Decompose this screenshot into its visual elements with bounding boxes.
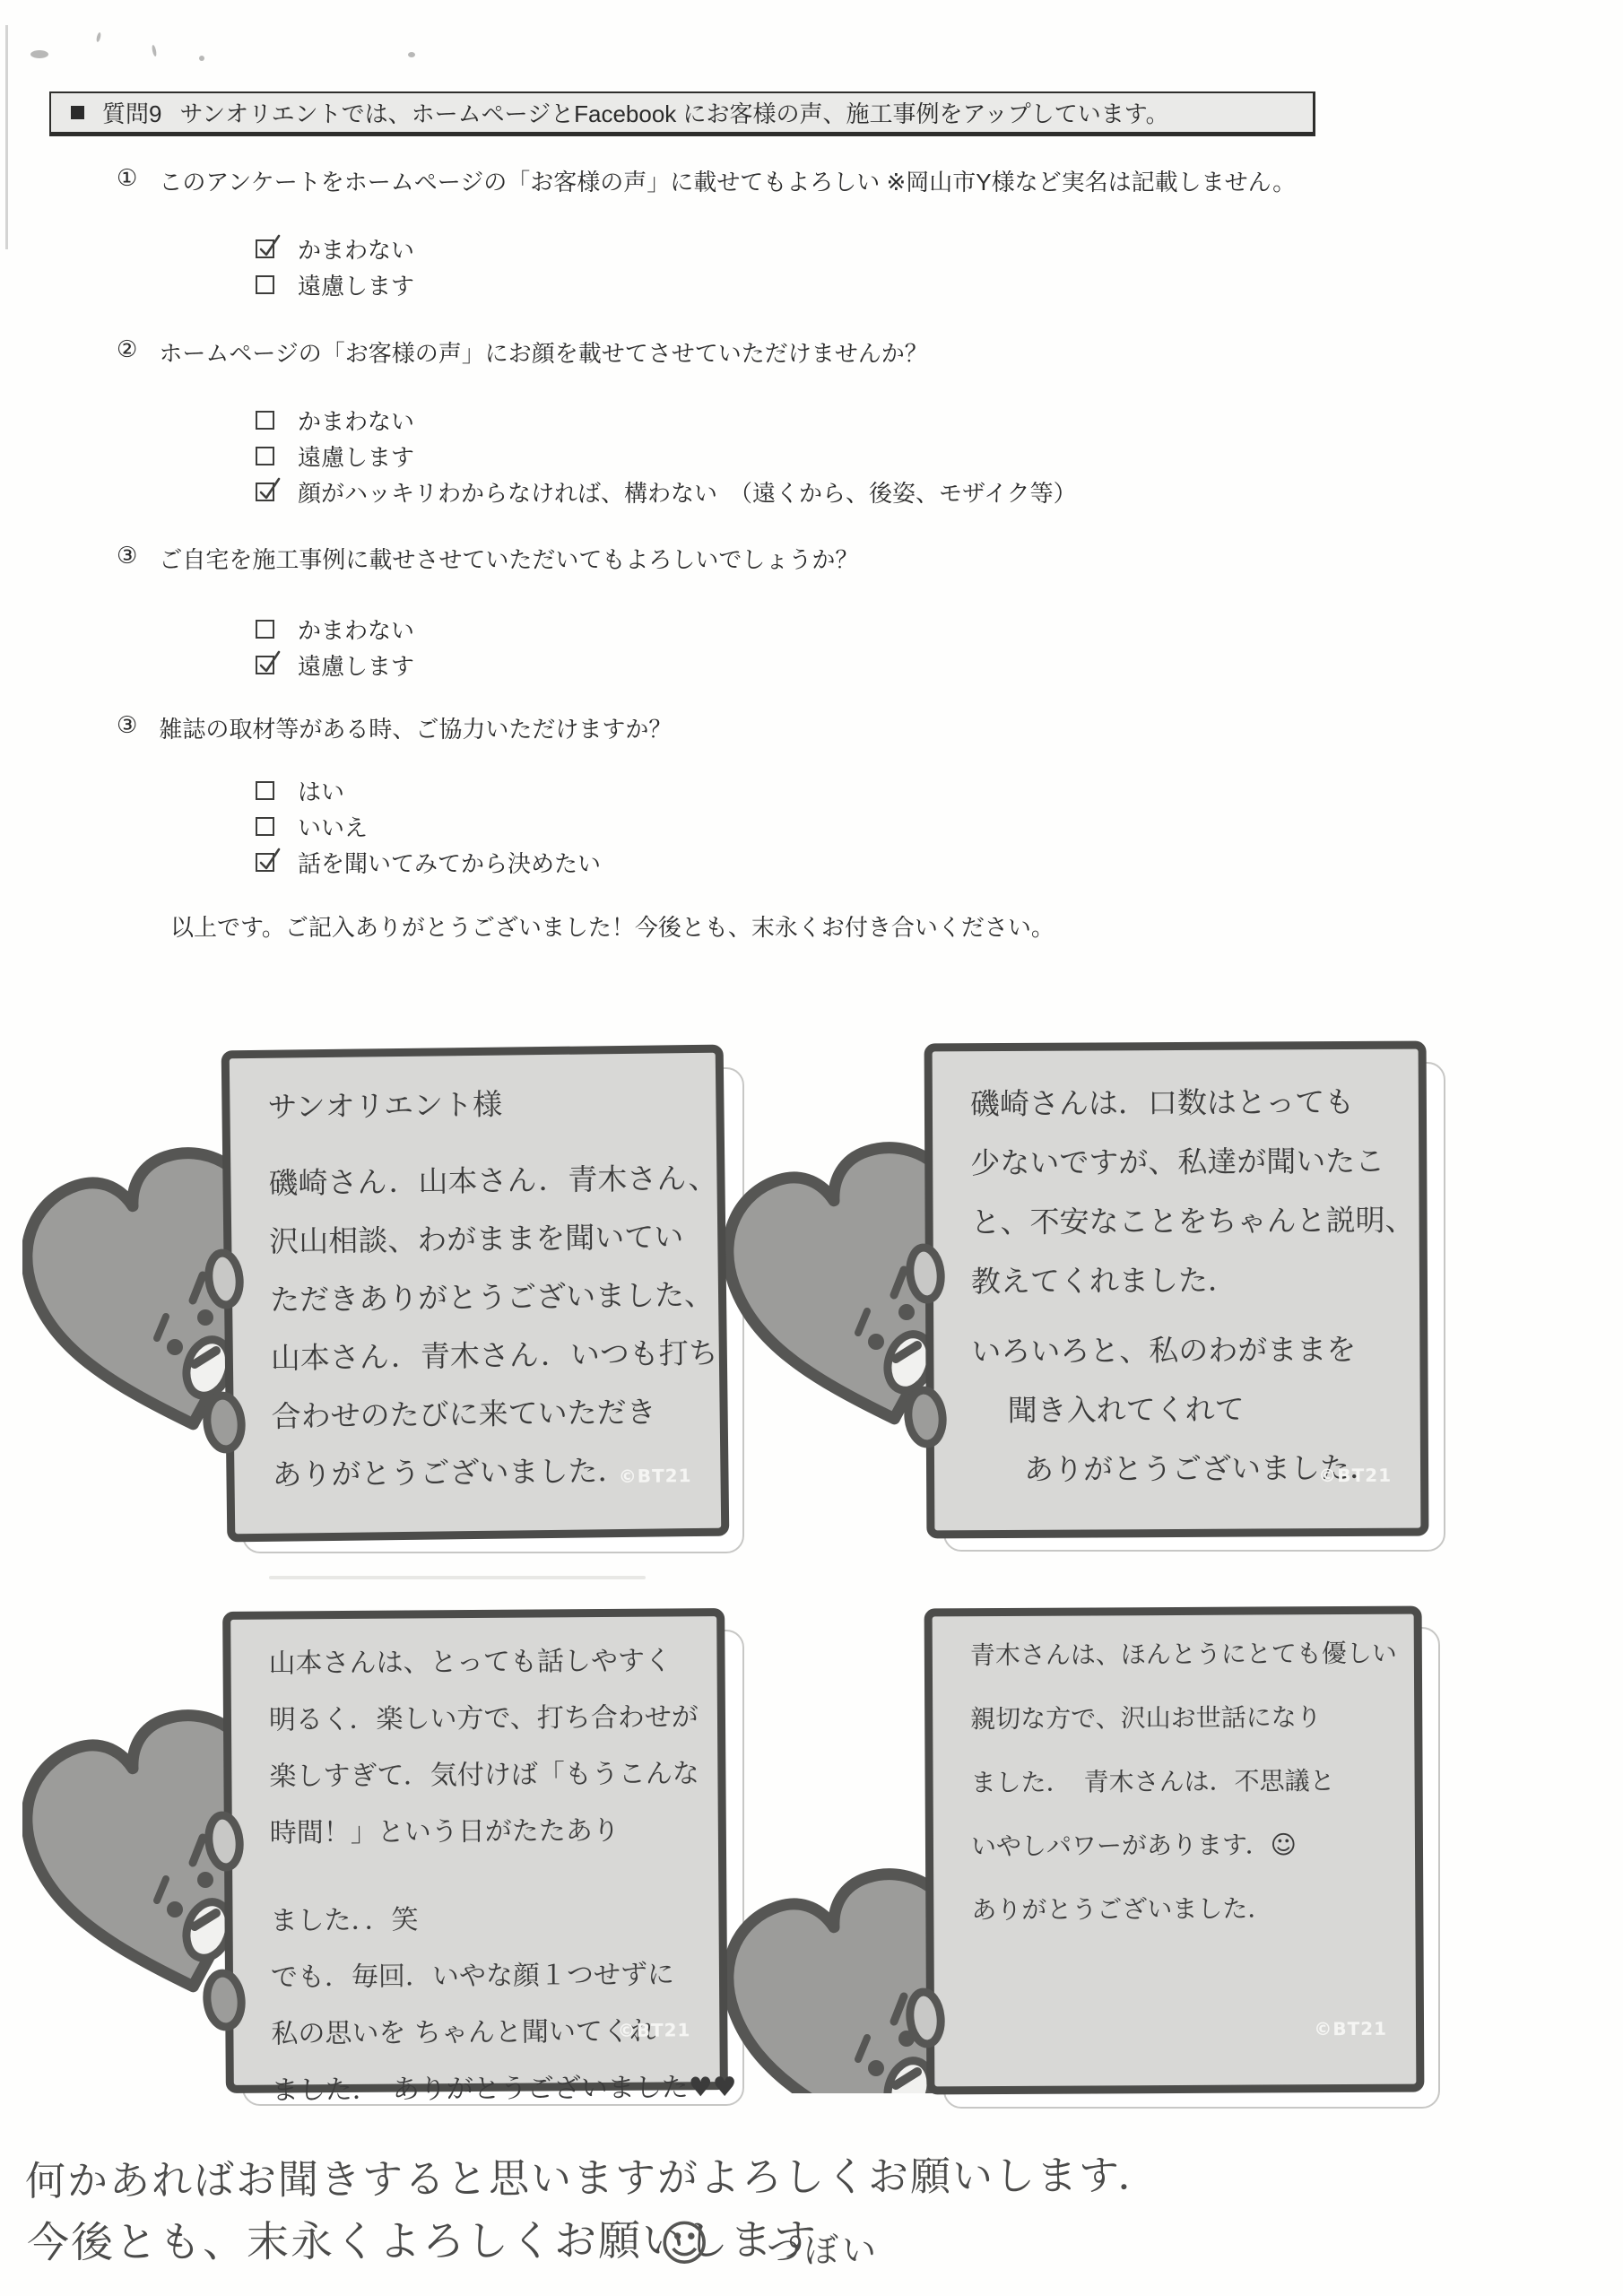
option-label: 顔がハッキリわからなければ、構わない （遠くから、後姿、モザイク等） — [298, 475, 1077, 509]
scan-speck — [199, 56, 204, 61]
option-label: 遠慮します — [298, 439, 414, 473]
note-line: 山本さん．青木さん．いつも打ち — [270, 1324, 694, 1387]
handwritten-check-icon — [255, 232, 285, 263]
note-line: 合わせのたびに来ていただき — [271, 1382, 695, 1446]
note-line: 青木さんは、ほんとうにとても優しい — [970, 1622, 1389, 1687]
question-text: 雑誌の取材等がある時、ご協力いただけますか？ — [159, 711, 672, 744]
option-kamawanai: かまわない — [256, 611, 858, 647]
checkbox-unchecked — [256, 620, 274, 639]
option-label: はい — [298, 774, 344, 807]
handwritten-check-icon — [255, 648, 285, 679]
eye-left — [868, 1334, 884, 1350]
question-1-line: ① このアンケートをホームページの「お客様の声」に載せてもよろしい ※岡山市Y様… — [117, 164, 1296, 197]
tata-hand-icon — [199, 1241, 249, 1317]
note-line: でも．毎回．いやな顔１つせずに — [271, 1946, 694, 2005]
sticky-note-1: サンオリエント様 磯崎さん．山本さん．青木さん、 沢山相談、わがままを聞いてい … — [221, 1045, 730, 1543]
note-line: サンオリエント様 — [267, 1073, 691, 1136]
question-4: ③ 雑誌の取材等がある時、ご協力いただけますか？ はい いいえ 話を聞いてみてか… — [117, 711, 672, 880]
checkbox-checked — [256, 483, 274, 501]
scan-edge-artifact — [5, 25, 8, 249]
option-kamawanai: かまわない — [256, 230, 1296, 266]
header-text: サンオリエントでは、ホームページとFacebook にお客様の声、施工事例をアッ… — [179, 96, 1168, 129]
question-number: ③ — [117, 542, 137, 575]
tata-hand-icon — [900, 1980, 950, 2056]
checkbox-unchecked — [256, 781, 274, 800]
note-line: 聞き入れてくれて — [972, 1379, 1395, 1440]
note-line: ました． 青木さんは．不思議と — [970, 1749, 1389, 1814]
note-line: ありがとうございました． — [971, 1876, 1390, 1942]
checkbox-unchecked — [256, 275, 274, 294]
tata-hand-icon — [197, 1961, 251, 2039]
option-hai: はい — [256, 772, 672, 808]
scan-speck — [30, 50, 48, 58]
question-text: ホームページの「お客様の声」にお顔を載せてさせていただけませんか？ — [159, 335, 927, 369]
question-2-line: ② ホームページの「お客様の声」にお顔を載せてさせていただけませんか？ — [117, 335, 1077, 369]
question-text: このアンケートをホームページの「お客様の声」に載せてもよろしい ※岡山市Y様など… — [159, 164, 1296, 197]
note-line: ただきありがとうございました、 — [270, 1265, 694, 1329]
note-line: 楽しすぎて．気付けば「もうこんな — [269, 1745, 692, 1805]
question-number: ③ — [117, 711, 137, 744]
option-kao-mosaic: 顔がハッキリわからなければ、構わない （遠くから、後姿、モザイク等） — [256, 474, 1077, 509]
note-line: と、不安なことをちゃんと説明、 — [970, 1191, 1393, 1252]
scan-smudge — [269, 1576, 646, 1579]
bt21-watermark: ©BT21 — [618, 1447, 692, 1506]
sticky-note-4: 青木さんは、ほんとうにとても優しい 親切な方で、沢山お世話になり ました． 青木… — [924, 1606, 1425, 2095]
option-label: 話を聞いてみてから決めたい — [298, 846, 601, 879]
smiley-face-icon: ☺ — [659, 2215, 709, 2272]
note-line: いやしパワーがあります．☺ — [971, 1813, 1390, 1878]
option-label: かまわない — [298, 232, 414, 265]
option-enryo: 遠慮します — [256, 438, 1077, 474]
question-4-line: ③ 雑誌の取材等がある時、ご協力いただけますか？ — [117, 711, 672, 744]
sticky-note-3: 山本さんは、とっても話しやすく 明るく．楽しい方で、打ち合わせが 楽しすぎて．気… — [222, 1608, 728, 2093]
note-line: 沢山相談、わがままを聞いてい — [269, 1207, 693, 1271]
bt21-watermark: ©BT21 — [1314, 1997, 1387, 2061]
tata-hand-icon — [197, 1383, 251, 1462]
checkbox-unchecked — [256, 447, 274, 465]
note-line: 明るく．楽しい方で、打ち合わせが — [269, 1689, 692, 1748]
checkbox-checked — [256, 239, 274, 258]
question-2: ② ホームページの「お客様の声」にお顔を載せてさせていただけませんか？ かまわな… — [117, 335, 1077, 509]
bt21-watermark: ©BT21 — [617, 2002, 690, 2059]
checkbox-checked — [256, 656, 274, 674]
note-line: ました． ありがとうございました♥♥ — [272, 2059, 695, 2118]
question-number: ① — [117, 164, 137, 197]
note-line: 山本さんは、とっても話しやすく — [268, 1632, 691, 1692]
handwritten-check-icon — [255, 475, 285, 506]
option-kamawanai: かまわない — [256, 402, 1077, 438]
option-enryo: 遠慮します — [256, 266, 1296, 302]
note-line: 時間！」という日がたたあり — [270, 1802, 693, 1861]
question-1: ① このアンケートをホームページの「お客様の声」に載せてもよろしい ※岡山市Y様… — [117, 164, 1296, 302]
closing-message: 以上です。ご記入ありがとうございました！今後とも、末永くお付き合いください。 — [170, 909, 1055, 943]
scan-speck — [408, 52, 415, 57]
question9-header: 質問9 サンオリエントでは、ホームページとFacebook にお客様の声、施工事… — [49, 91, 1315, 136]
option-hanashi-kiite: 話を聞いてみてから決めたい — [256, 844, 672, 880]
footer-handwriting-line1: 何かあればお聞きすると思いますがよろしくお願いします． — [25, 2143, 1160, 2207]
option-iie: いいえ — [256, 808, 672, 844]
note-line: ました．．笑 — [270, 1890, 693, 1949]
note-line: 少ないですが、私達が聞いたこ — [970, 1132, 1393, 1193]
option-label: いいえ — [298, 810, 368, 843]
handwritten-check-icon — [255, 846, 285, 876]
option-enryo: 遠慮します — [256, 647, 858, 683]
footer-signature: つぼい — [767, 2222, 880, 2272]
scan-speck — [96, 32, 102, 43]
option-label: 遠慮します — [298, 648, 414, 682]
tata-hand-icon — [199, 1804, 249, 1879]
checkbox-unchecked — [256, 411, 274, 430]
question-number: ② — [117, 335, 137, 369]
option-label: かまわない — [298, 613, 414, 646]
note-line: 教えてくれました． — [971, 1250, 1394, 1311]
eye-left — [167, 1339, 183, 1355]
eye-left — [868, 2060, 884, 2076]
option-label: かまわない — [298, 404, 414, 437]
option-label: 遠慮します — [298, 268, 414, 301]
header-label: 質問9 — [102, 96, 161, 129]
note-line: 磯崎さんは．口数はとっても — [970, 1073, 1393, 1134]
sticky-note-2: 磯崎さんは．口数はとっても 少ないですが、私達が聞いたこ と、不安なことをちゃん… — [924, 1041, 1429, 1539]
black-square-icon — [71, 106, 84, 119]
note-line: 親切な方で、沢山お世話になり — [970, 1685, 1389, 1751]
question-3: ③ ご自宅を施工事例に載せさせていただいてもよろしいでしょうか？ かまわない 遠… — [117, 542, 858, 683]
question-3-line: ③ ご自宅を施工事例に載せさせていただいてもよろしいでしょうか？ — [117, 542, 858, 575]
note-line: 磯崎さん．山本さん．青木さん、 — [268, 1149, 692, 1213]
checkbox-unchecked — [256, 817, 274, 836]
scanned-survey-page: 質問9 サンオリエントでは、ホームページとFacebook にお客様の声、施工事… — [0, 0, 1623, 2296]
checkbox-checked — [256, 853, 274, 872]
bt21-watermark: ©BT21 — [1318, 1446, 1392, 1505]
eye-left — [167, 1901, 183, 1918]
question-text: ご自宅を施工事例に載せさせていただいてもよろしいでしょうか？ — [159, 542, 858, 575]
tata-hand-icon — [898, 1378, 952, 1457]
note-line: いろいろと、私のわがままを — [971, 1320, 1394, 1381]
tata-hand-icon — [900, 1236, 950, 1311]
scan-speck — [152, 45, 158, 57]
